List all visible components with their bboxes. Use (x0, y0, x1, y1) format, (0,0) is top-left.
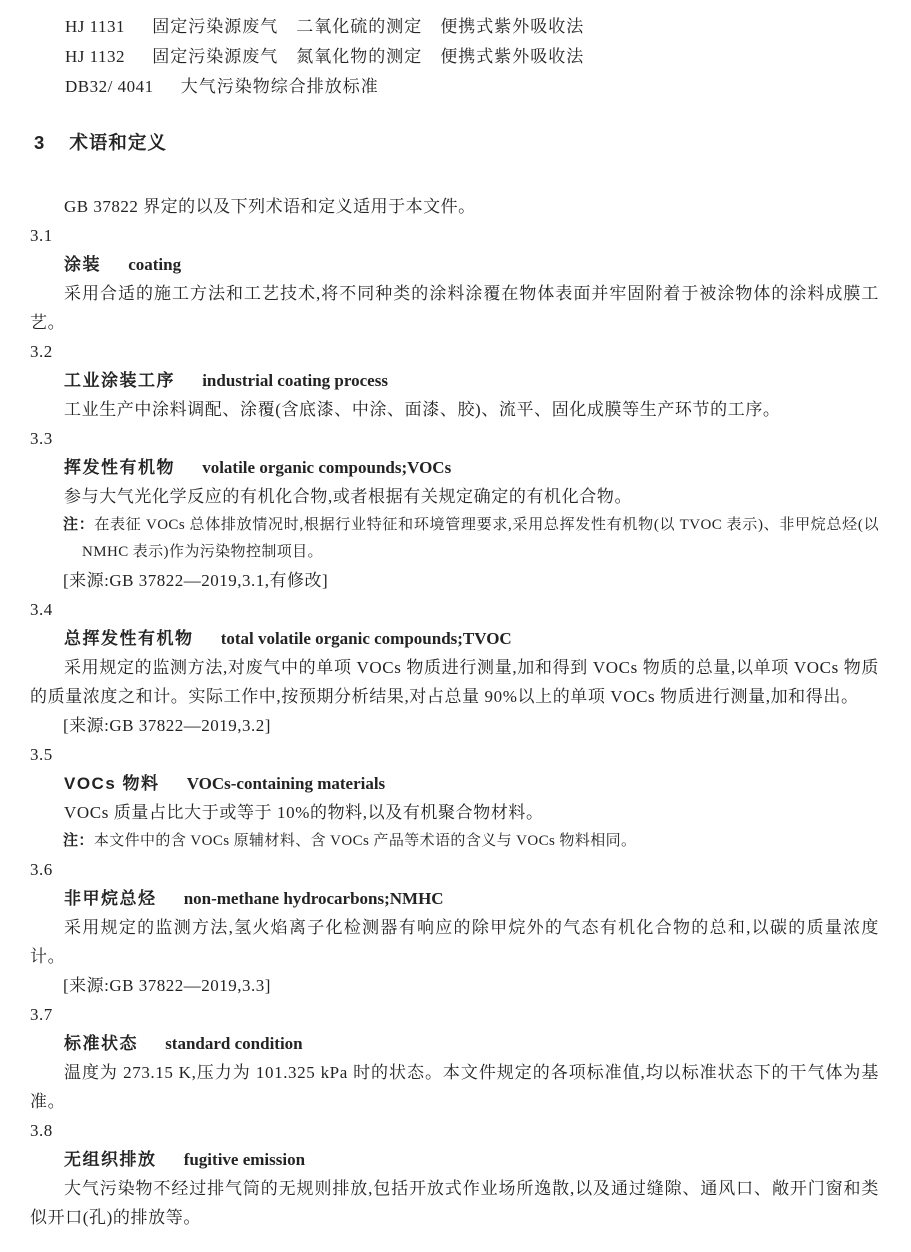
term-note: 注：本文件中的含 VOCs 原辅材料、含 VOCs 产品等术语的含义与 VOCs… (63, 827, 879, 855)
term-entry: 3.5 VOCs 物料VOCs-containing materials VOC… (30, 740, 879, 855)
reference-code: DB32/ 4041 (65, 77, 154, 96)
reference-item: DB32/ 4041大气污染物综合排放标准 (65, 72, 879, 102)
note-label: 注： (63, 516, 94, 533)
term-number: 3.3 (30, 424, 879, 453)
reference-title: 大气污染物综合排放标准 (181, 77, 379, 96)
term-definition: 参与大气光化学反应的有机化合物,或者根据有关规定确定的有机化合物。 (30, 482, 879, 511)
section-title: 术语和定义 (69, 132, 167, 153)
term-name-en: total volatile organic compounds;TVOC (221, 629, 512, 648)
section-number: 3 (34, 132, 45, 153)
term-source: [来源:GB 37822—2019,3.3] (63, 971, 879, 1000)
term-name-en: fugitive emission (184, 1150, 305, 1169)
term-heading: 标准状态standard condition (64, 1029, 879, 1058)
term-name-zh: 无组织排放 (64, 1150, 157, 1169)
term-entry: 3.1 涂装coating 采用合适的施工方法和工艺技术,将不同种类的涂料涂覆在… (30, 221, 879, 337)
reference-item: HJ 1131固定污染源废气 二氧化硫的测定 便携式紫外吸收法 (65, 12, 879, 42)
term-heading: 挥发性有机物volatile organic compounds;VOCs (64, 453, 879, 482)
term-entry: 3.2 工业涂装工序industrial coating process 工业生… (30, 337, 879, 424)
term-name-en: volatile organic compounds;VOCs (202, 458, 451, 477)
term-definition: 工业生产中涂料调配、涂覆(含底漆、中涂、面漆、胶)、流平、固化成膜等生产环节的工… (30, 395, 879, 424)
standard-document-page: HJ 1131固定污染源废气 二氧化硫的测定 便携式紫外吸收法 HJ 1132固… (0, 0, 911, 1252)
term-entry: 3.7 标准状态standard condition 温度为 273.15 K,… (30, 1000, 879, 1116)
term-name-zh: 挥发性有机物 (64, 458, 175, 477)
term-definition: 大气污染物不经过排气筒的无规则排放,包括开放式作业场所逸散,以及通过缝隙、通风口… (30, 1174, 879, 1232)
term-name-en: non-methane hydrocarbons;NMHC (184, 889, 444, 908)
term-source: [来源:GB 37822—2019,3.1,有修改] (63, 566, 879, 595)
term-name-zh: 总挥发性有机物 (64, 629, 194, 648)
term-name-zh: 涂装 (64, 255, 101, 274)
terms-section: 3.1 涂装coating 采用合适的施工方法和工艺技术,将不同种类的涂料涂覆在… (30, 221, 879, 1232)
term-number: 3.6 (30, 855, 879, 884)
term-entry: 3.8 无组织排放fugitive emission 大气污染物不经过排气筒的无… (30, 1116, 879, 1232)
term-name-en: VOCs-containing materials (187, 774, 385, 793)
term-definition: 采用合适的施工方法和工艺技术,将不同种类的涂料涂覆在物体表面并牢固附着于被涂物体… (30, 279, 879, 337)
reference-code: HJ 1132 (65, 47, 125, 66)
reference-code: HJ 1131 (65, 17, 125, 36)
reference-title: 固定污染源废气 二氧化硫的测定 便携式紫外吸收法 (152, 17, 584, 36)
term-name-zh: 工业涂装工序 (64, 371, 175, 390)
term-heading: 工业涂装工序industrial coating process (64, 366, 879, 395)
term-note: 注：在表征 VOCs 总体排放情况时,根据行业特征和环境管理要求,采用总挥发性有… (63, 511, 879, 566)
term-number: 3.2 (30, 337, 879, 366)
term-number: 3.1 (30, 221, 879, 250)
term-source: [来源:GB 37822—2019,3.2] (63, 711, 879, 740)
term-name-en: standard condition (165, 1034, 302, 1053)
term-number: 3.4 (30, 595, 879, 624)
term-entry: 3.6 非甲烷总烃non-methane hydrocarbons;NMHC 采… (30, 855, 879, 1000)
term-heading: 总挥发性有机物total volatile organic compounds;… (64, 624, 879, 653)
section-heading: 3术语和定义 (34, 130, 879, 156)
term-name-zh: 标准状态 (64, 1034, 138, 1053)
term-number: 3.8 (30, 1116, 879, 1145)
term-entry: 3.4 总挥发性有机物total volatile organic compou… (30, 595, 879, 740)
term-name-zh: 非甲烷总烃 (64, 889, 157, 908)
term-name-en: industrial coating process (202, 371, 388, 390)
term-heading: VOCs 物料VOCs-containing materials (64, 769, 879, 798)
reference-item: HJ 1132固定污染源废气 氮氧化物的测定 便携式紫外吸收法 (65, 42, 879, 72)
term-name-zh: VOCs 物料 (64, 774, 160, 793)
term-definition: 温度为 273.15 K,压力为 101.325 kPa 时的状态。本文件规定的… (30, 1058, 879, 1116)
note-label: 注： (63, 832, 94, 849)
term-heading: 无组织排放fugitive emission (64, 1145, 879, 1174)
reference-title: 固定污染源废气 氮氧化物的测定 便携式紫外吸收法 (152, 47, 584, 66)
normative-references-list: HJ 1131固定污染源废气 二氧化硫的测定 便携式紫外吸收法 HJ 1132固… (30, 12, 879, 102)
term-definition: VOCs 质量占比大于或等于 10%的物料,以及有机聚合物材料。 (30, 798, 879, 827)
term-number: 3.5 (30, 740, 879, 769)
term-heading: 涂装coating (64, 250, 879, 279)
term-name-en: coating (128, 255, 181, 274)
term-entry: 3.3 挥发性有机物volatile organic compounds;VOC… (30, 424, 879, 595)
term-definition: 采用规定的监测方法,氢火焰离子化检测器有响应的除甲烷外的气态有机化合物的总和,以… (30, 913, 879, 971)
terms-intro-paragraph: GB 37822 界定的以及下列术语和定义适用于本文件。 (30, 192, 879, 221)
term-definition: 采用规定的监测方法,对废气中的单项 VOCs 物质进行测量,加和得到 VOCs … (30, 653, 879, 711)
term-heading: 非甲烷总烃non-methane hydrocarbons;NMHC (64, 884, 879, 913)
term-number: 3.7 (30, 1000, 879, 1029)
